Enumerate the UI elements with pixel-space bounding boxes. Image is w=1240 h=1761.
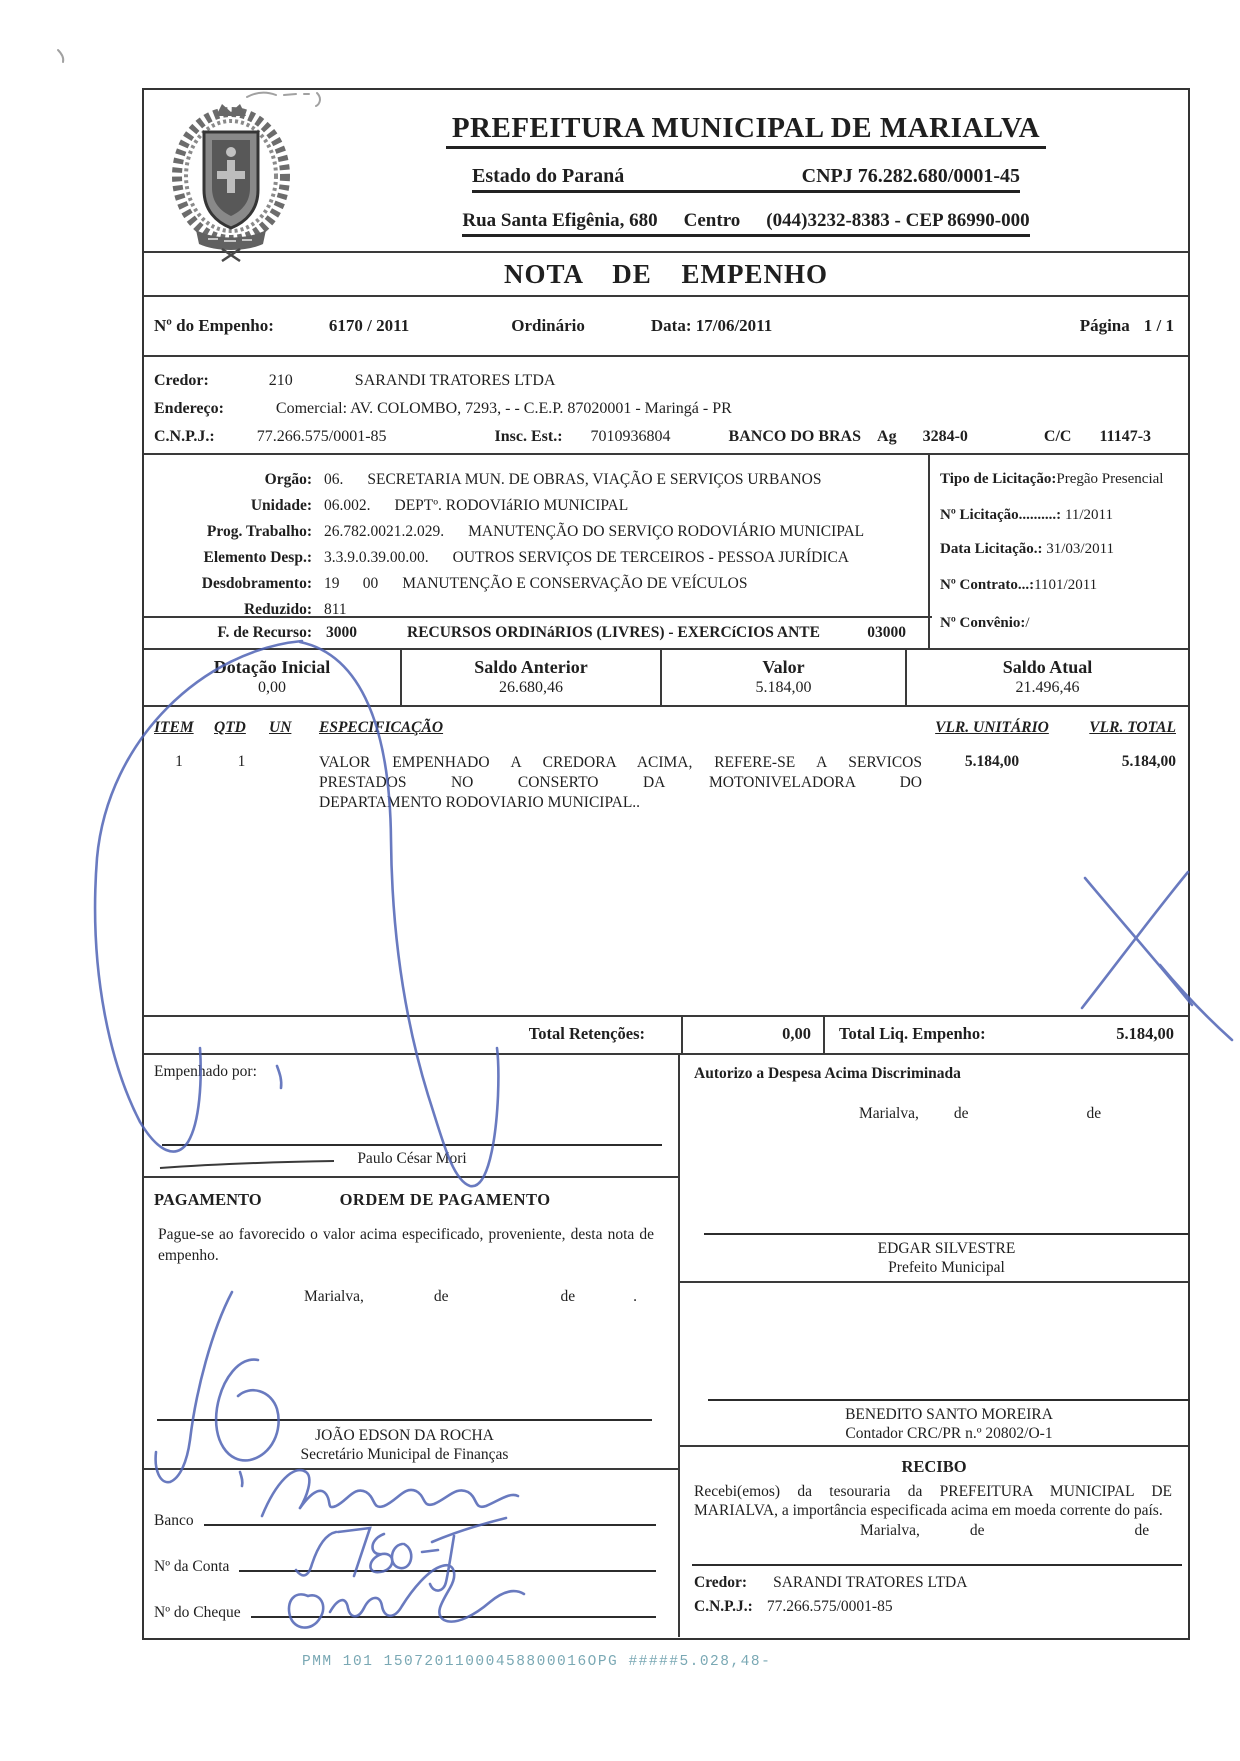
unidade-desc: DEPTº. RODOVIáRIO MUNICIPAL [395,493,629,519]
desdobramento-label: Desdobramento: [144,571,312,597]
data-licitacao-row: Data Licitação.: 31/03/2011 [940,539,1182,559]
tipo-licitacao-value: Pregão Presencial [1056,471,1163,487]
item-description-line: DEPARTAMENTO RODOVIARIO MUNICIPAL.. [319,793,922,813]
banco-field-label: Banco [154,1512,194,1532]
left-column: Empenhado por: Paulo César Mori PAGAMENT… [144,1055,678,1637]
total-retencoes-value: 0,00 [683,1017,825,1053]
document-title: NOTA DE EMPENHO [504,259,828,290]
city-label: Marialva, [859,1105,919,1123]
valor-header: Valor [662,657,905,677]
items-section: ITEM QTD UN ESPECIFICAÇÃO VLR. UNITÁRIO … [144,707,1188,1017]
licitacao-column: Tipo de Licitação:Pregão Presencial Nº L… [928,455,1188,648]
phone-cep: (044)3232-8383 - CEP 86990-000 [766,210,1029,231]
valor-cell: Valor5.184,00 [662,650,907,705]
totals-row: Total Retenções: 0,00 Total Liq. Empenho… [144,1017,1188,1055]
period-mark: . [633,1288,637,1306]
signature-line [704,1233,1189,1235]
contrato-row: Nº Contrato...:1101/2011 [940,575,1182,595]
endereco-value: Comercial: AV. COLOMBO, 7293, - - C.E.P.… [276,395,732,423]
prefeito-name: EDGAR SILVESTRE [704,1239,1189,1258]
cnpj-label: C.N.P.J.: [154,423,215,451]
prefeito-signature-block: EDGAR SILVESTRE Prefeito Municipal [704,1239,1189,1277]
saldo-atual-value: 21.496,46 [907,677,1188,699]
document-title-bar: NOTA DE EMPENHO [144,253,1188,297]
insc-value: 7010936804 [591,423,671,451]
qtd-col-header: QTD [214,719,269,737]
state-cnpj-line: Estado do Paraná CNPJ 76.282.680/0001-45 [472,165,1020,193]
contador-name: BENEDITO SANTO MOREIRA [708,1405,1190,1424]
num-licitacao-row: Nº Licitação..........: 11/2011 [940,505,1182,525]
conta-fill-line [239,1548,656,1572]
empenho-number-value: 6170 / 2011 [329,316,409,336]
recibo-cnpj-row: C.N.P.J.:77.266.575/0001-85 [694,1598,1188,1616]
city-label: Marialva, [304,1288,364,1306]
num-licitacao-label: Nº Licitação..........: [940,507,1061,523]
endereco-row: Endereço: Comercial: AV. COLOMBO, 7293, … [144,395,1188,423]
recibo-title: RECIBO [680,1447,1188,1477]
recibo-credor-label: Credor: [694,1574,747,1591]
insc-label: Insc. Est.: [495,423,563,451]
address-line: Rua Santa Efigênia, 680Centro(044)3232-8… [462,210,1029,237]
signature-line [708,1399,1190,1401]
recurso-code: 3000 [326,624,357,642]
total-liquido-cell: Total Liq. Empenho: 5.184,00 [825,1017,1188,1053]
cnpj-label: CNPJ 76.282.680/0001-45 [802,165,1020,188]
orgao-row: Orgão:06.SECRETARIA MUN. DE OBRAS, VIAÇÃ… [144,467,932,493]
item-unit [269,753,319,813]
saldo-anterior-cell: Saldo Anterior26.680,46 [402,650,662,705]
endereco-label: Endereço: [154,395,224,423]
header-text: PREFEITURA MUNICIPAL DE MARIALVA Estado … [304,90,1188,251]
signature-line [162,1144,662,1146]
credor-section: Credor: 210 SARANDI TRATORES LTDA Endere… [144,357,1188,455]
convenio-label: Nº Convênio: [940,615,1025,631]
form-header: PREFEITURA MUNICIPAL DE MARIALVA Estado … [144,90,1188,253]
district: Centro [684,210,741,231]
especificacao-col-header: ESPECIFICAÇÃO [319,719,922,737]
pagamento-box: PAGAMENTO ORDEM DE PAGAMENTO Pague-se ao… [144,1178,678,1470]
unidade-label: Unidade: [144,493,312,519]
conta-field-label: Nº da Conta [154,1558,229,1578]
saldo-anterior-header: Saldo Anterior [402,657,660,677]
de-label: de [954,1105,969,1123]
recurso-extra-code: 03000 [867,624,906,642]
recibo-text: Recebi(emos) da tesouraria da PREFEITURA… [694,1483,1172,1520]
cnpj-value: 77.266.575/0001-85 [257,423,387,451]
unidade-row: Unidade:06.002.DEPTº. RODOVIáRIO MUNICIP… [144,493,932,519]
tipo-licitacao-label: Tipo de Licitação: [940,471,1056,487]
credor-row: Credor: 210 SARANDI TRATORES LTDA [144,367,1188,395]
empenho-date: Data: 17/06/2011 [651,316,772,336]
data-licitacao-value: 31/03/2011 [1046,541,1114,557]
empenhado-por-label: Empenhado por: [154,1063,257,1081]
credor-code: 210 [269,367,293,395]
dotacao-table: Dotação Inicial0,00 Saldo Anterior26.680… [144,650,1188,707]
city-label: Marialva, [860,1522,920,1540]
orgao-code: 06. [324,467,343,493]
item-description-line: PRESTADOS NO CONSERTO DA MOTONIVELADORA … [319,773,922,793]
prog-trabalho-desc: MANUTENÇÃO DO SERVIÇO RODOVIÁRIO MUNICIP… [468,519,864,545]
right-column: Autorizo a Despesa Acima Discriminada Ma… [678,1055,1188,1637]
dotacao-inicial-header: Dotação Inicial [144,657,400,677]
data-licitacao-label: Data Licitação.: [940,541,1042,557]
vlr-total-col-header: VLR. TOTAL [1062,719,1188,737]
saldo-atual-cell: Saldo Atual21.496,46 [907,650,1188,705]
orgao-label: Orgão: [144,467,312,493]
desdobramento-desc: MANUTENÇÃO E CONSERVAÇÃO DE VEÍCULOS [402,571,747,597]
elemento-desp-label: Elemento Desp.: [144,545,312,571]
street-address: Rua Santa Efigênia, 680 [462,210,657,231]
item-total-price: 5.184,00 [1062,753,1188,813]
elemento-desp-code: 3.3.9.0.39.00.00. [324,545,429,571]
banco-label: BANCO DO BRAS [729,423,861,451]
orcamento-licitacao-block: Orgão:06.SECRETARIA MUN. DE OBRAS, VIAÇÃ… [144,455,1188,650]
cc-label: C/C [1044,423,1072,451]
elemento-desp-desc: OUTROS SERVIÇOS DE TERCEIROS - PESSOA JU… [453,545,849,571]
convenio-value: / [1025,615,1029,631]
total-retencoes-label: Total Retenções: [144,1017,683,1053]
un-col-header: UN [269,719,319,737]
ordem-pagamento-title: ORDEM DE PAGAMENTO [340,1190,551,1210]
agencia-value: 3284-0 [923,423,968,451]
agencia-label: Ag [877,423,897,451]
cheque-field-label: Nº do Cheque [154,1604,241,1624]
item-row: 1 1 VALOR EMPENHADO A CREDORA ACIMA, REF… [144,753,1188,813]
item-unit-price: 5.184,00 [922,753,1062,813]
prog-trabalho-label: Prog. Trabalho: [144,519,312,545]
dotacao-inicial-value: 0,00 [144,677,400,699]
signature-line [157,1419,652,1421]
prog-trabalho-code: 26.782.0021.2.029. [324,519,444,545]
recibo-signature-line [692,1564,1182,1566]
pagamento-title: PAGAMENTO [154,1190,262,1210]
de-label: de [434,1288,449,1306]
vlr-unitario-col-header: VLR. UNITÁRIO [922,719,1062,737]
elemento-desp-row: Elemento Desp.:3.3.9.0.39.00.00.OUTROS S… [144,545,932,571]
credor-label: Credor: [154,367,209,395]
contador-role: Contador CRC/PR n.º 20802/O-1 [708,1424,1190,1443]
empenho-number-row: Nº do Empenho: 6170 / 2011 Ordinário Dat… [144,297,1188,357]
de-label: de [970,1522,985,1540]
secretario-signature-block: JOÃO EDSON DA ROCHA Secretário Municipal… [157,1426,652,1464]
recibo-city-date-line: Marialva, de de [680,1522,1188,1540]
recibo-credor-value: SARANDI TRATORES LTDA [773,1574,967,1591]
page-value: 1 / 1 [1144,316,1174,335]
valor-value: 5.184,00 [662,677,905,699]
banco-field: Banco [144,1486,678,1532]
item-description: VALOR EMPENHADO A CREDORA ACIMA, REFERE-… [319,753,922,813]
page-label: Página [1080,316,1130,335]
state-label: Estado do Paraná [472,165,624,188]
credor-name: SARANDI TRATORES LTDA [355,367,556,395]
secretario-name: JOÃO EDSON DA ROCHA [157,1426,652,1445]
cheque-field: Nº do Cheque [144,1578,678,1624]
recibo-cnpj-label: C.N.P.J.: [694,1598,753,1615]
cheque-fill-line [251,1594,656,1618]
item-number: 1 [144,753,214,813]
item-description-line: VALOR EMPENHADO A CREDORA ACIMA, REFERE-… [319,753,922,773]
scanned-page: { "header": { "title": "PREFEITURA MUNIC… [0,0,1240,1761]
autorizo-title: Autorizo a Despesa Acima Discriminada [694,1065,1188,1083]
item-qty: 1 [214,753,269,813]
dot-matrix-footer: PMM 101 15072011000458800016OPG #####5.0… [302,1654,771,1670]
saldo-anterior-value: 26.680,46 [402,677,660,699]
desdobramento-row: Desdobramento:19 00MANUTENÇÃO E CONSERVA… [144,571,932,597]
item-col-header: ITEM [144,719,214,737]
reduzido-code: 811 [324,597,347,623]
de-label: de [1134,1522,1149,1540]
signatures-area: Empenhado por: Paulo César Mori PAGAMENT… [144,1055,1188,1637]
autorizo-city-date-line: Marialva, de de [680,1105,1188,1123]
empenho-type: Ordinário [511,316,585,336]
recurso-desc: RECURSOS ORDINáRIOS (LIVRES) - EXERCíCIO… [407,624,820,642]
recurso-label: F. de Recurso: [144,624,312,642]
conta-field: Nº da Conta [144,1532,678,1578]
prefeitura-title: PREFEITURA MUNICIPAL DE MARIALVA [446,112,1046,149]
total-liquido-label: Total Liq. Empenho: [825,1024,986,1053]
empenho-number-label: Nº do Empenho: [154,316,274,336]
total-liquido-value: 5.184,00 [1116,1024,1188,1053]
stray-scan-mark [58,50,63,62]
prog-trabalho-row: Prog. Trabalho:26.782.0021.2.029.MANUTEN… [144,519,932,545]
empenhado-por-box: Empenhado por: Paulo César Mori [144,1055,678,1178]
cnpj-row: C.N.P.J.: 77.266.575/0001-85 Insc. Est.:… [144,423,1188,451]
pagamento-city-date-line: Marialva, de de . [144,1288,678,1306]
municipal-coat-of-arms-icon [144,90,304,251]
desdobramento-code: 19 00 [324,571,378,597]
recibo-credor-row: Credor:SARANDI TRATORES LTDA [694,1574,1188,1592]
num-licitacao-value: 11/2011 [1065,507,1113,523]
contrato-label: Nº Contrato...: [940,577,1034,593]
items-header-row: ITEM QTD UN ESPECIFICAÇÃO VLR. UNITÁRIO … [144,707,1188,737]
orcamento-column: Orgão:06.SECRETARIA MUN. DE OBRAS, VIAÇÃ… [144,455,932,648]
convenio-row: Nº Convênio:/ [940,613,1182,633]
secretario-role: Secretário Municipal de Finanças [157,1445,652,1464]
page-indicator: Página1 / 1 [1066,316,1174,336]
prefeito-role: Prefeito Municipal [704,1258,1189,1277]
contador-signature-block: BENEDITO SANTO MOREIRA Contador CRC/PR n… [708,1405,1190,1443]
de-label: de [1086,1105,1101,1123]
orgao-desc: SECRETARIA MUN. DE OBRAS, VIAÇÃO E SERVI… [367,467,821,493]
recibo-box: RECIBO Recebi(emos) da tesouraria da PRE… [680,1447,1188,1644]
nota-de-empenho-form: PREFEITURA MUNICIPAL DE MARIALVA Estado … [142,88,1190,1640]
banco-fields-box: Banco Nº da Conta Nº do Cheque [144,1470,678,1637]
de-label: de [560,1288,575,1306]
saldo-atual-header: Saldo Atual [907,657,1188,677]
ordem-pagamento-text: Pague-se ao favorecido o valor acima esp… [158,1224,654,1266]
cc-value: 11147-3 [1099,423,1151,451]
contador-box: BENEDITO SANTO MOREIRA Contador CRC/PR n… [680,1283,1188,1447]
reduzido-label: Reduzido: [144,597,312,623]
autorizo-box: Autorizo a Despesa Acima Discriminada Ma… [680,1065,1188,1283]
unidade-code: 06.002. [324,493,371,519]
banco-fill-line [204,1502,656,1526]
dotacao-inicial-cell: Dotação Inicial0,00 [144,650,402,705]
tipo-licitacao-row: Tipo de Licitação:Pregão Presencial [940,469,1182,489]
contrato-value: 1101/2011 [1034,577,1097,593]
recibo-cnpj-value: 77.266.575/0001-85 [767,1598,893,1615]
empenhado-signatory-name: Paulo César Mori [162,1150,662,1168]
